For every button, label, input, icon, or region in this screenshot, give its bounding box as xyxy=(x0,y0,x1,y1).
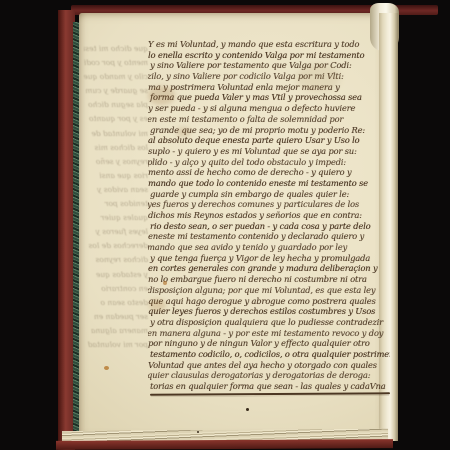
bleedthrough-line: dichos reynos xyxy=(84,253,148,267)
text-line: forma que pueda Valer y mas Vtil y prove… xyxy=(150,92,390,103)
text-line: grande que sea; yo de mi proprio motu y … xyxy=(150,125,390,136)
text-line: mento assi de hecho como de derecho - y … xyxy=(148,167,390,178)
bleedthrough-line: manera alguna xyxy=(84,324,148,338)
bleedthrough-line: quales quier xyxy=(84,211,148,225)
text-line: no lo embargue fuero ni derecho ni costu… xyxy=(148,274,390,285)
text-line: torias en qualquier forma que sean - las… xyxy=(150,381,390,392)
manuscript-photograph: que dicho mi testamento y por codicilo y… xyxy=(0,0,450,450)
text-line: y otra disposiçion qualquiera que lo pud… xyxy=(150,317,390,328)
bleedthrough-line: tenidos por xyxy=(84,197,148,211)
bleedthrough-line: en contrario xyxy=(84,282,148,296)
text-line: disposiçion alguna; por que mi Voluntad,… xyxy=(148,285,390,296)
bleedthrough-line: rios que ansi xyxy=(84,169,148,183)
bleedthrough-line: desto sean o xyxy=(84,296,148,310)
text-line: testamento codicilo, o, codicilos, o otr… xyxy=(150,349,390,360)
text-line: en manera alguna - y por este mi testame… xyxy=(148,328,390,339)
bleedthrough-line: reynos y seño xyxy=(84,155,148,169)
bleedthrough-line: por mi voluntad xyxy=(84,338,148,352)
bleedthrough-line: que dicho mi testa xyxy=(84,42,148,56)
text-line: suplo - y quiero y es mi Voluntad que se… xyxy=(148,146,390,157)
text-line: quier leyes fueros y derechos estilos co… xyxy=(148,306,390,317)
text-line: plido - y alço y quito del todo obstacul… xyxy=(148,157,390,168)
manuscript-text-block: Y es mi Voluntad, y mando que esta escri… xyxy=(148,39,390,395)
text-line: al absoluto deque enesta parte quiero Us… xyxy=(148,135,390,146)
text-line: zilo, y sino Valiere por codicilo Valga … xyxy=(148,71,390,82)
text-line: por ninguno y de ningun Valor y effecto … xyxy=(148,338,390,349)
text-line: y que tenga fuerça y Vigor de ley hecha … xyxy=(150,253,390,264)
text-line: eneste mi testamento contenido y declara… xyxy=(148,231,390,242)
bleedthrough-line: leyes fueros y xyxy=(84,225,148,239)
text-line: que aqui hago derogue y abrogue como pos… xyxy=(148,296,390,307)
bleedthrough-line: cilo y mando que xyxy=(84,70,148,84)
text-line: yes fueros y derechos comunes y particul… xyxy=(148,199,390,210)
text-line: en este mi testamento o falta de solemni… xyxy=(148,114,390,125)
bleedthrough-line: y estados que xyxy=(84,268,148,282)
text-line: dichos mis Reynos estados y señorios que… xyxy=(148,210,390,221)
bleedthrough-line: sean avidos y xyxy=(84,183,148,197)
bleedthrough-line: es y por quanto xyxy=(84,112,148,126)
text-line: ma y postrimera Voluntad enla mejor mane… xyxy=(148,82,390,93)
verso-bleedthrough-text: que dicho mi testamento y por codicilo y… xyxy=(84,42,148,352)
text-line: en cortes generales con grande y madura … xyxy=(148,263,390,274)
text-line: quier clausulas derogatorias y derogator… xyxy=(148,370,390,381)
bleedthrough-line: pla segun dicho xyxy=(84,98,148,112)
text-line: lo enella escrito y contenido Valga por … xyxy=(148,50,390,61)
text-line: mando que todo lo contenido eneste mi te… xyxy=(148,178,390,189)
bleedthrough-line: mi voluntad de xyxy=(84,127,148,141)
text-line: Y es mi Voluntad, y mando que esta escri… xyxy=(148,39,390,50)
text-line: y ser pueda - y si alguna mengua o defec… xyxy=(148,103,390,114)
text-line: rio desto sean, o ser puedan - y cada co… xyxy=(150,221,390,232)
text-line: y sino Valiere por testamento que Valga … xyxy=(150,60,390,71)
bleedthrough-line: derechos de los xyxy=(84,239,148,253)
book-binding-bottom xyxy=(56,439,393,450)
bleedthrough-line: mento y por codi xyxy=(84,56,148,70)
bleedthrough-line: ser puedan en xyxy=(84,310,148,324)
text-line: Voluntad que antes del aya hecho y otorg… xyxy=(148,360,390,371)
bleedthrough-line: se guarde y cum xyxy=(84,84,148,98)
text-line: guarde y cumpla sin embargo de quales qu… xyxy=(150,189,390,200)
text-line: mando que sea avido y tenido y guardado … xyxy=(148,242,390,253)
bleedthrough-line: los dichos mis xyxy=(84,141,148,155)
